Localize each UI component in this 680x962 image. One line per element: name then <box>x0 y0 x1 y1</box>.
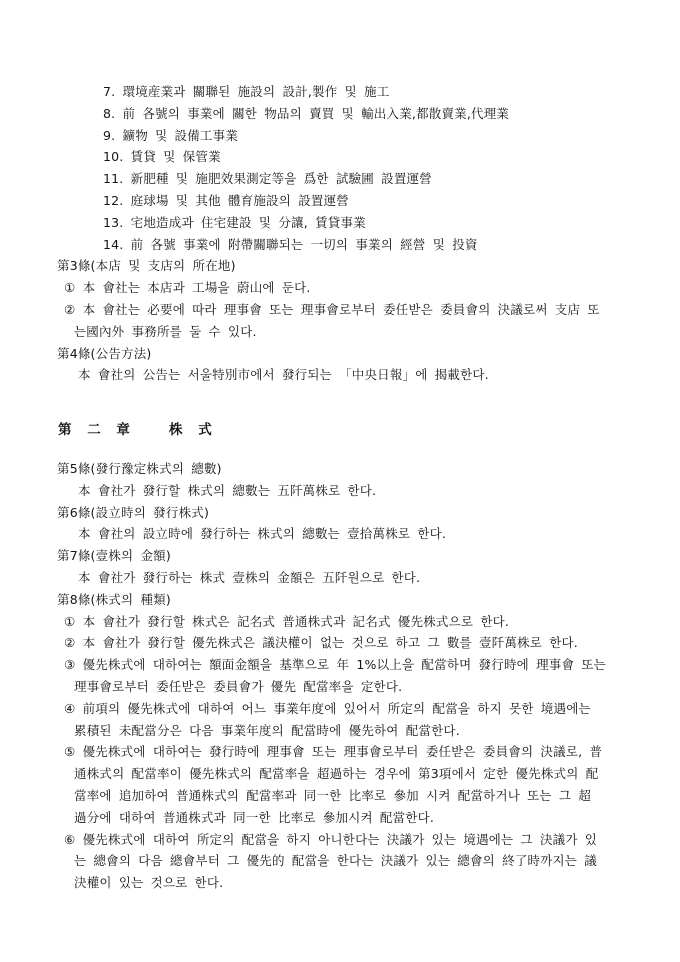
article-heading: 第5條(發行豫定株式의 總數) <box>57 458 662 480</box>
business-purpose-item: 12. 庭球場 및 其他 體育施設의 設置運營 <box>103 190 662 212</box>
paragraph-continuation-line: 決權이 있는 것으로 한다. <box>74 872 662 894</box>
article-heading: 第8條(株式의 種類) <box>57 589 662 611</box>
chapter-heading: 第 二 章 株 式 <box>58 420 662 442</box>
paragraph-continuation-line: 過分에 대하여 普通株式과 同一한 比率로 參加시켜 配當한다. <box>74 807 662 829</box>
vertical-spacer <box>57 386 662 420</box>
article-heading: 第4條(公告方法) <box>57 343 662 365</box>
paragraph-line: 本 會社의 設立時에 發行하는 株式의 總數는 壹拾萬株로 한다. <box>78 523 662 545</box>
article-heading: 第6條(設立時의 發行株式) <box>57 502 662 524</box>
numbered-paragraph-line: ② 本 會社는 必要에 따라 理事會 또는 理事會로부터 委任받은 委員會의 決… <box>64 299 662 321</box>
document-page: 7. 環境産業과 關聯된 施設의 設計,製作 및 施工8. 前 各號의 事業에 … <box>0 0 680 962</box>
paragraph-continuation-line: 通株式의 配當率이 優先株式의 配當率을 超過하는 경우에 第3項에서 定한 優… <box>74 763 662 785</box>
paragraph-continuation-line: 累積된 未配當分은 다음 事業年度의 配當時에 優先하여 配當한다. <box>74 720 662 742</box>
business-purpose-item: 13. 宅地造成과 住宅建設 및 分讓, 賃貸事業 <box>103 212 662 234</box>
numbered-paragraph-line: ③ 優先株式에 대하여는 額面金額을 基準으로 年 1%以上을 配當하며 發行時… <box>64 654 662 676</box>
numbered-paragraph-line: ① 本 會社는 本店과 工場을 蔚山에 둔다. <box>64 277 662 299</box>
paragraph-continuation-line: 理事會로부터 委任받은 委員會가 優先 配當率을 定한다. <box>74 676 662 698</box>
document-body: 7. 環境産業과 關聯된 施設의 設計,製作 및 施工8. 前 各號의 事業에 … <box>57 81 662 894</box>
numbered-paragraph-line: ⑥ 優先株式에 대하여 所定의 配當을 하지 아니한다는 決議가 있는 境遇에는… <box>64 829 662 851</box>
numbered-paragraph-line: ① 本 會社가 發行할 株式은 記名式 普通株式과 記名式 優先株式으로 한다. <box>64 611 662 633</box>
paragraph-line: 本 會社의 公告는 서울特別市에서 發行되는 「中央日報」에 揭載한다. <box>78 364 662 386</box>
business-purpose-item: 14. 前 各號 事業에 附帶關聯되는 一切의 事業의 經營 및 投資 <box>103 234 662 256</box>
business-purpose-item: 11. 新肥種 및 施肥效果測定等을 爲한 試驗圃 設置運營 <box>103 168 662 190</box>
numbered-paragraph-line: ④ 前項의 優先株式에 대하여 어느 事業年度에 있어서 所定의 配當을 하지 … <box>64 698 662 720</box>
article-heading: 第7條(壹株의 金額) <box>57 545 662 567</box>
paragraph-continuation-line: 當率에 追加하여 普通株式의 配當率과 同一한 比率로 參加 시켜 配當하거나 … <box>74 785 662 807</box>
business-purpose-item: 10. 賃貸 및 保管業 <box>103 146 662 168</box>
paragraph-continuation-line: 는 總會의 다음 總會부터 그 優先的 配當을 한다는 決議가 있는 總會의 終… <box>74 850 662 872</box>
paragraph-continuation-line: 는國內外 事務所를 둘 수 있다. <box>74 321 662 343</box>
paragraph-line: 本 會社가 發行할 株式의 總數는 五阡萬株로 한다. <box>78 480 662 502</box>
article-heading: 第3條(本店 및 支店의 所在地) <box>57 255 662 277</box>
vertical-spacer <box>57 442 662 458</box>
business-purpose-item: 7. 環境産業과 關聯된 施設의 設計,製作 및 施工 <box>103 81 662 103</box>
business-purpose-item: 9. 鑛物 및 設備工事業 <box>103 125 662 147</box>
paragraph-line: 本 會社가 發行하는 株式 壹株의 金額은 五阡원으로 한다. <box>78 567 662 589</box>
business-purpose-item: 8. 前 各號의 事業에 關한 物品의 賣買 및 輸出入業,都散賣業,代理業 <box>103 103 662 125</box>
numbered-paragraph-line: ② 本 會社가 發行할 優先株式은 議決權이 없는 것으로 하고 그 數를 壹阡… <box>64 632 662 654</box>
numbered-paragraph-line: ⑤ 優先株式에 대하여는 發行時에 理事會 또는 理事會로부터 委任받은 委員會… <box>64 741 662 763</box>
